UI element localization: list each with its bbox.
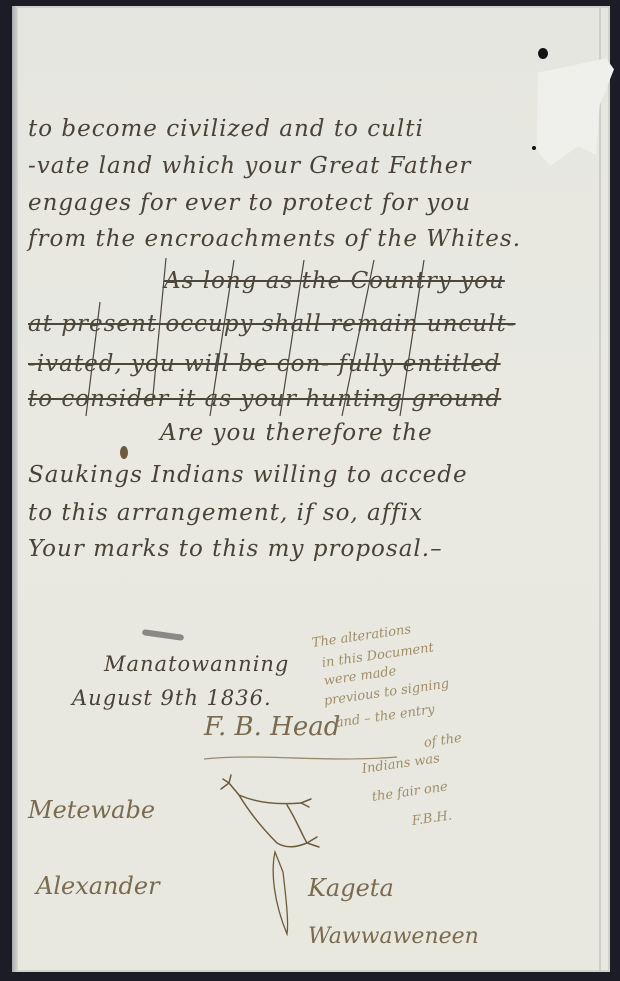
marginal-note-line-6: of the: [423, 731, 463, 751]
chief-name-metewabe: Metewabe: [28, 796, 155, 824]
manuscript-page: to become civilized and to culti -vate l…: [12, 6, 610, 972]
marginal-note-initials: F.B.H.: [411, 808, 453, 828]
question-line-3: to this arrangement, if so, affix: [28, 500, 423, 526]
chief-name-wawwaweneen: Wawwaweneen: [308, 924, 479, 949]
fish-totem-mark-icon: [267, 850, 307, 940]
ink-blot: [120, 446, 128, 459]
animal-totem-mark-icon: [217, 771, 327, 861]
question-line-1: Are you therefore the: [160, 420, 433, 446]
governor-signature: F. B. Head: [204, 712, 340, 742]
chief-name-kageta: Kageta: [308, 874, 394, 902]
question-line-4: Your marks to this my proposal.–: [28, 536, 443, 562]
marginal-note-line-8: the fair one: [371, 779, 449, 804]
cross-hatch-strikeout: [12, 6, 610, 436]
question-line-2: Saukings Indians willing to accede: [28, 462, 468, 488]
document-date: August 9th 1836.: [72, 686, 272, 710]
chief-name-alexander: Alexander: [36, 872, 160, 900]
ink-smudge: [142, 629, 184, 641]
marginal-note-line-5: and – the entry: [335, 702, 436, 731]
place-name: Manatowanning: [104, 652, 289, 676]
